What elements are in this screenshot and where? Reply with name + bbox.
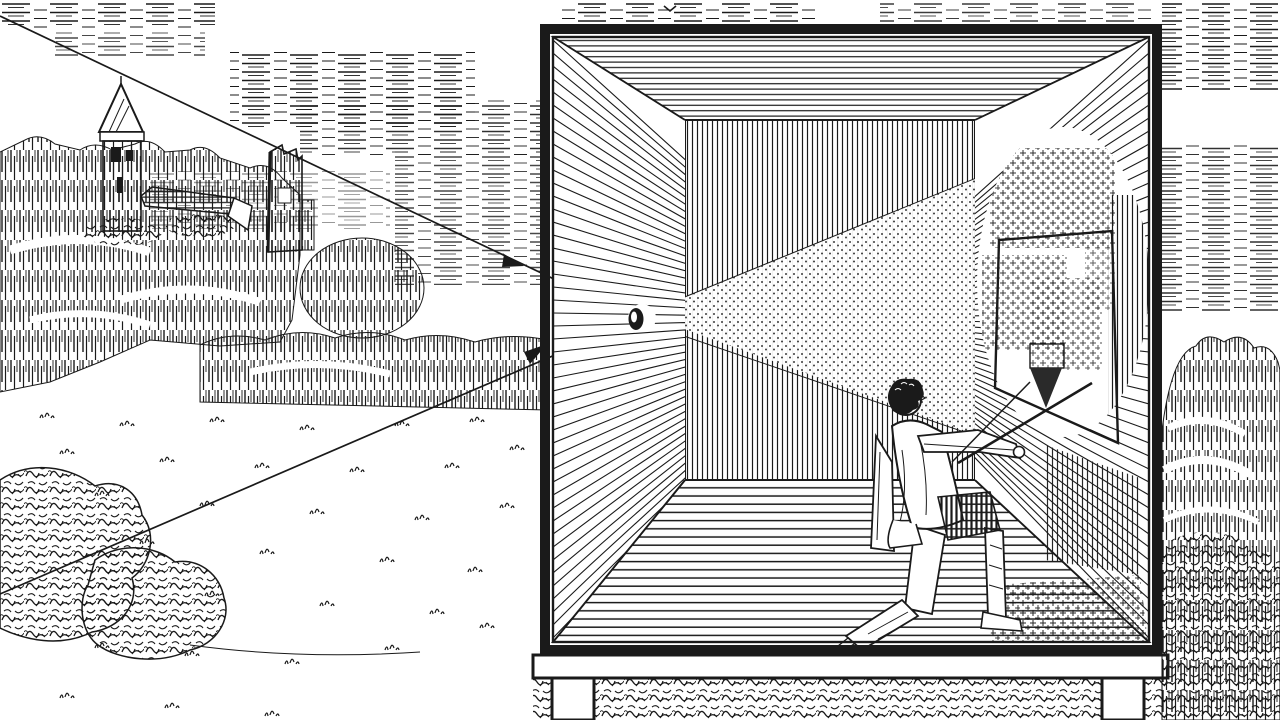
camera-obscura-box	[545, 29, 1157, 655]
camera-obscura-engraving	[0, 0, 1280, 720]
engraving-canvas	[0, 0, 1280, 720]
pinhole	[628, 304, 656, 332]
table-leg	[552, 678, 594, 720]
table-leg	[1102, 678, 1144, 720]
right-foliage	[1162, 337, 1280, 720]
tree-crown	[300, 238, 424, 338]
